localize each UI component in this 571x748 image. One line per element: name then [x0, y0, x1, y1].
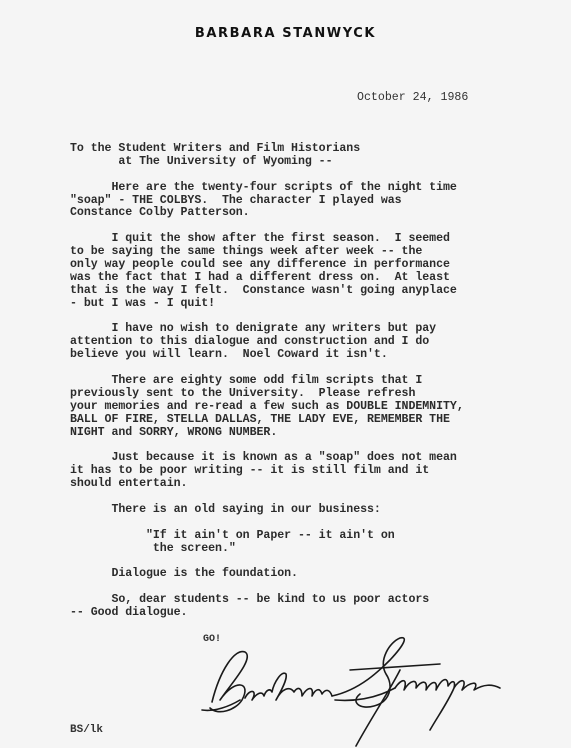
paragraph-line: Constance Colby Patterson.	[70, 207, 550, 220]
paragraph-line: was the fact that I had a different dres…	[70, 272, 550, 285]
paragraph-line: the screen."	[70, 543, 550, 556]
paragraph-line: should entertain.	[70, 478, 550, 491]
paragraph-gap	[70, 517, 550, 530]
paragraph-line: There are eighty some odd film scripts t…	[70, 375, 550, 388]
paragraph-line: NIGHT and SORRY, WRONG NUMBER.	[70, 427, 550, 440]
paragraph-line: believe you will learn. Noel Coward it i…	[70, 349, 550, 362]
paragraph-line: "If it ain't on Paper -- it ain't on	[70, 530, 550, 543]
paragraph-line: BALL OF FIRE, STELLA DALLAS, THE LADY EV…	[70, 414, 550, 427]
letter-body: To the Student Writers and Film Historia…	[70, 143, 550, 620]
salutation-line: To the Student Writers and Film Historia…	[70, 143, 550, 156]
paragraph-line: Here are the twenty-four scripts of the …	[70, 182, 550, 195]
paragraph-line: your memories and re-read a few such as …	[70, 401, 550, 414]
paragraph-line: previously sent to the University. Pleas…	[70, 388, 550, 401]
reference-initials: BS/lk	[70, 724, 103, 736]
paragraph-line: -- Good dialogue.	[70, 607, 550, 620]
paragraph-line: There is an old saying in our business:	[70, 504, 550, 517]
signature-image	[190, 630, 570, 748]
letter-page: BARBARA STANWYCK October 24, 1986 To the…	[0, 0, 571, 748]
paragraph-line: - but I was - I quit!	[70, 298, 550, 311]
paragraph-line: Dialogue is the foundation.	[70, 568, 550, 581]
paragraph-gap	[70, 169, 550, 182]
salutation-line: at The University of Wyoming --	[70, 156, 550, 169]
paragraph-gap	[70, 491, 550, 504]
letter-date: October 24, 1986	[357, 91, 468, 104]
letterhead: BARBARA STANWYCK	[0, 26, 571, 41]
paragraph-line: that is the way I felt. Constance wasn't…	[70, 285, 550, 298]
paragraph-line: only way people could see any difference…	[70, 259, 550, 272]
